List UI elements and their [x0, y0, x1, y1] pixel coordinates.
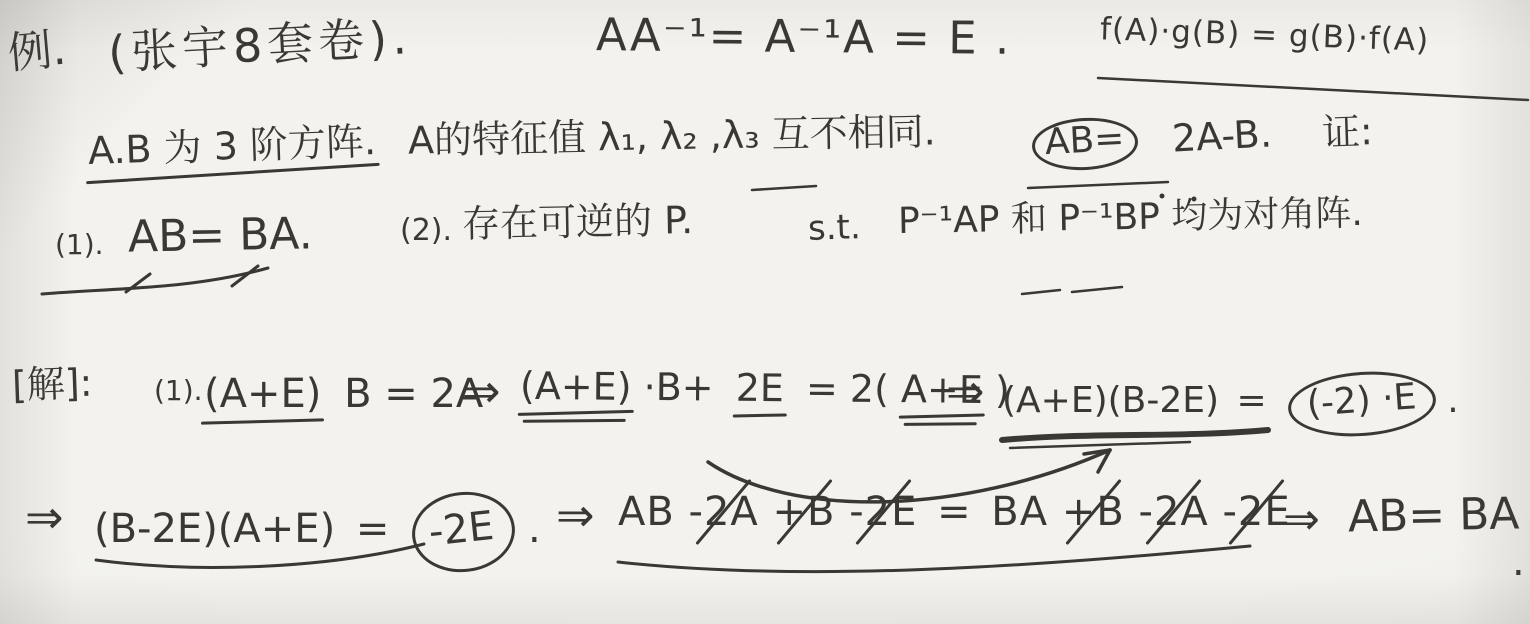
implies-arrow-2: ⇒ [946, 366, 985, 417]
eq4-circled-rhs: -2E [408, 487, 519, 577]
part2-exists-text: 存在可逆的 P. [462, 200, 694, 246]
cancel-term-ba: BA [991, 490, 1048, 534]
implies-arrow-1: ⇒ [462, 366, 501, 417]
part1-claim: AB= BA. [128, 210, 313, 262]
eq2-middle: ·B+ [643, 367, 713, 409]
cancel-term-l3: -2E [849, 490, 917, 534]
cancellation-equation: AB -2A +B -2E = BA +B -2A -2E [618, 490, 1291, 534]
eq2-factor-1: (A+E) [520, 366, 632, 409]
cancel-term-ab: AB [618, 490, 675, 534]
solution-step-number: (1). [154, 376, 203, 407]
handwritten-notes-photo: 例. (张宇8套卷). AA⁻¹= A⁻¹A = E . f(A)·g(B) =… [0, 0, 1530, 624]
eq4-period: . [528, 507, 541, 551]
source-note: (张宇8套卷). [107, 12, 413, 78]
eq2-equals: = 2( [806, 368, 889, 411]
part2-number: (2). [400, 214, 452, 247]
conclusion-period: . [1512, 540, 1525, 584]
heavy-underline-eq3-second [1010, 442, 1190, 448]
equation-3: (A+E)(B-2E) = (-2) ·E . [1002, 372, 1459, 436]
eq3-lhs: (A+E)(B-2E) [1002, 381, 1219, 421]
eq3-circled-rhs: (-2) ·E [1286, 367, 1438, 441]
part1-number: (1). [55, 230, 104, 261]
solution-label: [解]: [11, 363, 93, 408]
underline-commute-identity [1098, 78, 1528, 100]
cancel-term-l2: +B [773, 490, 836, 534]
equation-1: (A+E) B = 2A [204, 372, 483, 416]
eq2-term: 2E [736, 368, 785, 410]
cancel-term-l1: -2A [689, 490, 759, 534]
cancel-term-r2: -2A [1139, 490, 1209, 534]
implies-arrow-3: ⇒ [25, 492, 64, 543]
cancel-term-r1: +B [1062, 490, 1125, 534]
eq4-lhs: (B-2E)(A+E) [94, 507, 335, 551]
underline-part1-swoosh [42, 268, 268, 294]
cancel-term-r3: -2E [1222, 490, 1290, 534]
dash-under-p2bp-2 [1072, 287, 1122, 292]
curved-arrow-head-2 [1098, 450, 1110, 472]
relation-rest: 2A-B. [1171, 113, 1273, 160]
inverse-identity-formula: AA⁻¹= A⁻¹A = E . [596, 10, 1012, 63]
conclusion-text: AB= BA [1348, 491, 1520, 542]
eq4-equals: = [356, 507, 390, 551]
dash-under-eigenvalues [752, 186, 816, 190]
curved-arrow-head-1 [1084, 450, 1110, 454]
eq3-period: . [1447, 381, 1458, 421]
eigenvalues-text: A的特征值 λ₁, λ₂ ,λ₃ 互不相同. [408, 111, 936, 162]
commute-identity-formula: f(A)·g(B) = g(B)·f(A) [1100, 12, 1430, 58]
such-that-abbrev: s.t. [807, 209, 861, 248]
implies-arrow-4: ⇒ [556, 490, 595, 541]
eq1-factor: (A+E) [204, 372, 321, 416]
equation-2: (A+E) ·B+ 2E = 2( A+E ) [520, 366, 1010, 412]
conclusion-implies-arrow: ⇒ [1283, 496, 1320, 544]
given-matrices-text: A.B 为 3 阶方阵. [87, 121, 376, 173]
dash-under-p2bp-1 [1022, 290, 1060, 294]
underline-part1-tick-2 [232, 266, 258, 286]
example-label: 例. [6, 26, 68, 79]
underline-part1-tick-1 [126, 274, 150, 292]
underline-cancel-equation [618, 546, 1250, 572]
eq3-equals: = [1237, 381, 1267, 421]
cancel-equals: = [937, 490, 972, 534]
equation-4: (B-2E)(A+E) = -2E . [94, 492, 541, 572]
prove-label: 证: [1321, 111, 1373, 155]
part2-claim: P⁻¹AP 和 P⁻¹BP 均为对角阵. [898, 194, 1363, 242]
relation-circled: AB= [1031, 115, 1139, 172]
underline-relation [1028, 182, 1168, 188]
